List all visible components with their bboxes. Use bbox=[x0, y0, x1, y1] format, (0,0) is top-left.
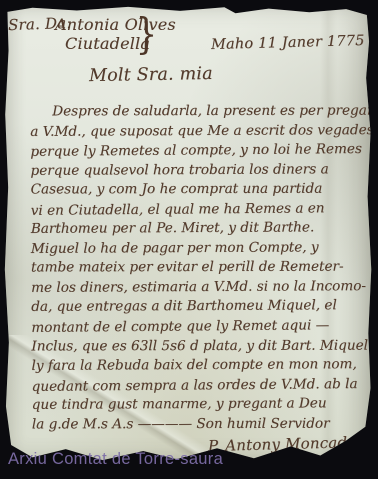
letter-line: perque qualsevol hora trobaria los diner… bbox=[30, 160, 370, 181]
letter-line: Despres de saludarla, la present es per … bbox=[30, 102, 370, 122]
letter-line: Casesua, y com Jo he comprat una partida bbox=[31, 180, 371, 200]
letter-line: ly fara la Rebuda baix del compte en mon… bbox=[31, 355, 371, 376]
letter-line: a V.Md., que suposat que Me a escrit dos… bbox=[30, 121, 370, 142]
recipient-name: Antonia Olives bbox=[55, 15, 176, 34]
letter-scan: Sra. Da. Antonia Olives Ciutadella } Mah… bbox=[0, 0, 378, 479]
archive-watermark: Arxiu Comtat de Torre-saura bbox=[8, 450, 223, 469]
letter-line: da, que entregas a dit Barthomeu Miquel,… bbox=[31, 297, 371, 318]
paper-sheet: Sra. Da. Antonia Olives Ciutadella } Mah… bbox=[3, 5, 372, 461]
letter-line: vi en Ciutadella, el qual me ha Remes a … bbox=[31, 199, 371, 222]
letter-line: me los diners, estimaria a V.Md. si no l… bbox=[31, 277, 371, 298]
address-brace: } bbox=[136, 9, 158, 58]
letter-line: perque ly Remetes al compte, y no loi he… bbox=[30, 140, 370, 163]
letter-line: quedant com sempra a las ordes de V.Md. … bbox=[32, 375, 372, 398]
salutation: Molt Sra. mia bbox=[89, 64, 213, 86]
dateline: Maho 11 Janer 1775 bbox=[211, 33, 365, 53]
letter-line: Miguel lo ha de pagar per mon Compte, y bbox=[31, 238, 371, 259]
letter-line: Barthomeu per al Pe. Miret, y dit Barthe… bbox=[31, 218, 371, 239]
letter-line: que tindra gust manarme, y pregant a Deu bbox=[32, 394, 372, 415]
letter-body: Despres de saludarla, la present es per … bbox=[30, 101, 372, 435]
letter-line: Inclus, que es 63ll 5s6 d plata, y dit B… bbox=[31, 336, 371, 356]
letter-line: tambe mateix per evitar el perill de Rem… bbox=[31, 258, 371, 278]
letter-line: montant de el compte que ly Remet aqui — bbox=[31, 316, 371, 339]
letter-line: la g.de M.s A.s ———— Son humil Servidor bbox=[32, 414, 372, 434]
signature: P. Antony Moncadas bbox=[208, 433, 365, 455]
